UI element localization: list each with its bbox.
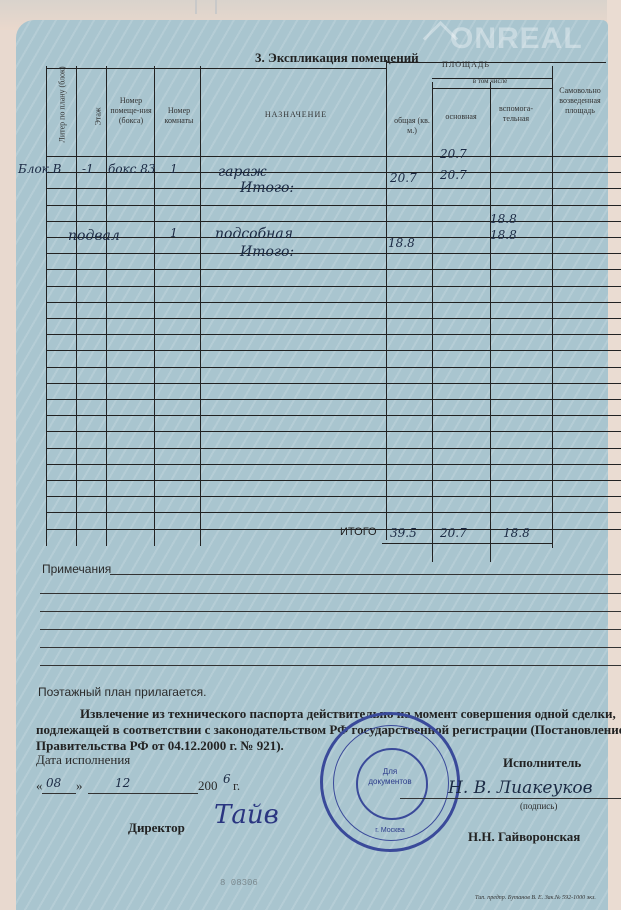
- row4-total: 18.8: [388, 236, 415, 250]
- table-line: [46, 367, 621, 368]
- stamp-text: Для: [323, 767, 457, 776]
- row4-purpose: Итого:: [240, 244, 294, 260]
- table-line: [46, 68, 386, 69]
- table-line: [46, 318, 621, 319]
- grand-total-auxiliary: 18.8: [503, 526, 530, 540]
- table-line: [46, 448, 621, 449]
- watermark: ONREAL: [450, 22, 583, 56]
- serial-number: 8 08306: [220, 878, 258, 888]
- executor-label: Исполнитель: [503, 755, 581, 771]
- row3-purpose: подсобная: [215, 226, 293, 242]
- table-line: [46, 334, 621, 335]
- row1-purpose: гараж: [218, 164, 267, 180]
- table-line: [106, 66, 107, 546]
- table-line: [46, 188, 621, 189]
- table-line: [490, 82, 491, 562]
- notes-line: [40, 665, 621, 666]
- notes-line: [40, 593, 621, 594]
- row3-auxiliary: 18.8: [490, 212, 517, 226]
- certification-line1: Извлечение из технического паспорта дейс…: [80, 706, 616, 722]
- notes-label: Примечания: [42, 562, 111, 576]
- date-month-line: [88, 793, 198, 794]
- header-total: общая (кв. м.): [390, 116, 434, 136]
- header-purpose: НАЗНАЧЕНИЕ: [205, 110, 387, 120]
- table-line: [46, 496, 621, 497]
- notes-line: [40, 629, 621, 630]
- table-line: [46, 512, 621, 513]
- executor-name: Н.Н. Гайворонская: [468, 829, 580, 845]
- table-line: [46, 221, 621, 222]
- row1-liter: Блок В: [18, 162, 61, 176]
- row1-room-no: бокс 83: [108, 162, 156, 176]
- table-line: [552, 66, 553, 548]
- row3-chamber-no: 1: [170, 226, 178, 240]
- table-line: [432, 82, 433, 562]
- page-edge: [607, 0, 621, 910]
- table-line: [382, 543, 552, 544]
- paper-clip: [195, 0, 217, 14]
- stamp-city: г. Москва: [323, 827, 457, 834]
- table-line: [46, 253, 621, 254]
- table-line: [46, 383, 621, 384]
- table-line: [46, 480, 621, 481]
- header-auxiliary: вспомога-тельная: [486, 104, 546, 124]
- table-line: [46, 431, 621, 432]
- date-label: Дата исполнения: [36, 752, 130, 768]
- table-line: [46, 350, 621, 351]
- table-line: [46, 205, 621, 206]
- notes-line: [40, 647, 621, 648]
- header-chamber-no: Номер комнаты: [156, 106, 202, 126]
- table-line: [200, 66, 201, 546]
- row1-main: 20.7: [440, 147, 467, 161]
- row2-main: 20.7: [440, 168, 467, 182]
- floor-plan-note: Поэтажный план прилагается.: [38, 685, 206, 699]
- date-year-unit: г.: [233, 778, 240, 794]
- table-line: [46, 66, 47, 546]
- table-line: [46, 302, 621, 303]
- table-line: [46, 415, 621, 416]
- executor-signature: Н. В. Лиакеуков: [448, 778, 593, 798]
- date-day: 08: [46, 776, 61, 790]
- row2-purpose: Итого:: [240, 180, 294, 196]
- row3-room-no: подвал: [68, 228, 120, 244]
- grand-total-total: 39.5: [390, 526, 417, 540]
- official-stamp: Для документов г. Москва: [320, 712, 460, 852]
- director-label: Директор: [128, 820, 185, 836]
- date-year-prefix: 200: [198, 778, 218, 794]
- table-line: [432, 88, 552, 89]
- table-line: [46, 529, 621, 530]
- table-line: [76, 66, 77, 546]
- date-year-suffix: 6: [223, 772, 231, 786]
- header-unauthorized: Самовольно возведенная площадь: [552, 86, 608, 116]
- date-day-line: [42, 793, 76, 794]
- row1-floor: -1: [82, 162, 94, 176]
- header-including: в том числе: [434, 76, 546, 86]
- signature-caption: (подпись): [520, 801, 557, 811]
- notes-line: [40, 611, 621, 612]
- date-month: 12: [115, 776, 130, 790]
- certification-line2: подлежащей в соответствии с законодатель…: [36, 722, 621, 738]
- table-line: [46, 286, 621, 287]
- grand-total-main: 20.7: [440, 526, 467, 540]
- header-floor: Этаж: [94, 97, 103, 137]
- header-room-no: Номер помеще-ния (бокса): [108, 96, 154, 126]
- row4-auxiliary: 18.8: [490, 228, 517, 242]
- executor-signature-line: [400, 798, 621, 799]
- table-line: [46, 464, 621, 465]
- table-line: [46, 269, 621, 270]
- table-line: [46, 237, 621, 238]
- table-line: [46, 399, 621, 400]
- table-line: [154, 66, 155, 546]
- table-line: [386, 60, 387, 540]
- row2-total: 20.7: [390, 171, 417, 185]
- header-liter: Литер по плану (блок): [58, 65, 67, 145]
- date-quote-open: «: [36, 778, 43, 794]
- document-sheet: [16, 20, 608, 910]
- row1-chamber-no: 1: [170, 162, 178, 176]
- notes-line: [110, 574, 621, 575]
- director-signature: Тайв: [214, 800, 279, 830]
- header-main: основная: [436, 112, 486, 122]
- header-area: ПЛОЩАДЬ: [386, 60, 546, 70]
- date-quote-close: »: [76, 778, 83, 794]
- printer-footer: Тип. предпр. Бутанов В. Е. Зак.№ 592-100…: [475, 895, 596, 901]
- grand-total-label: ИТОГО: [340, 526, 377, 538]
- table-line: [46, 156, 621, 157]
- stamp-text: документов: [323, 777, 457, 786]
